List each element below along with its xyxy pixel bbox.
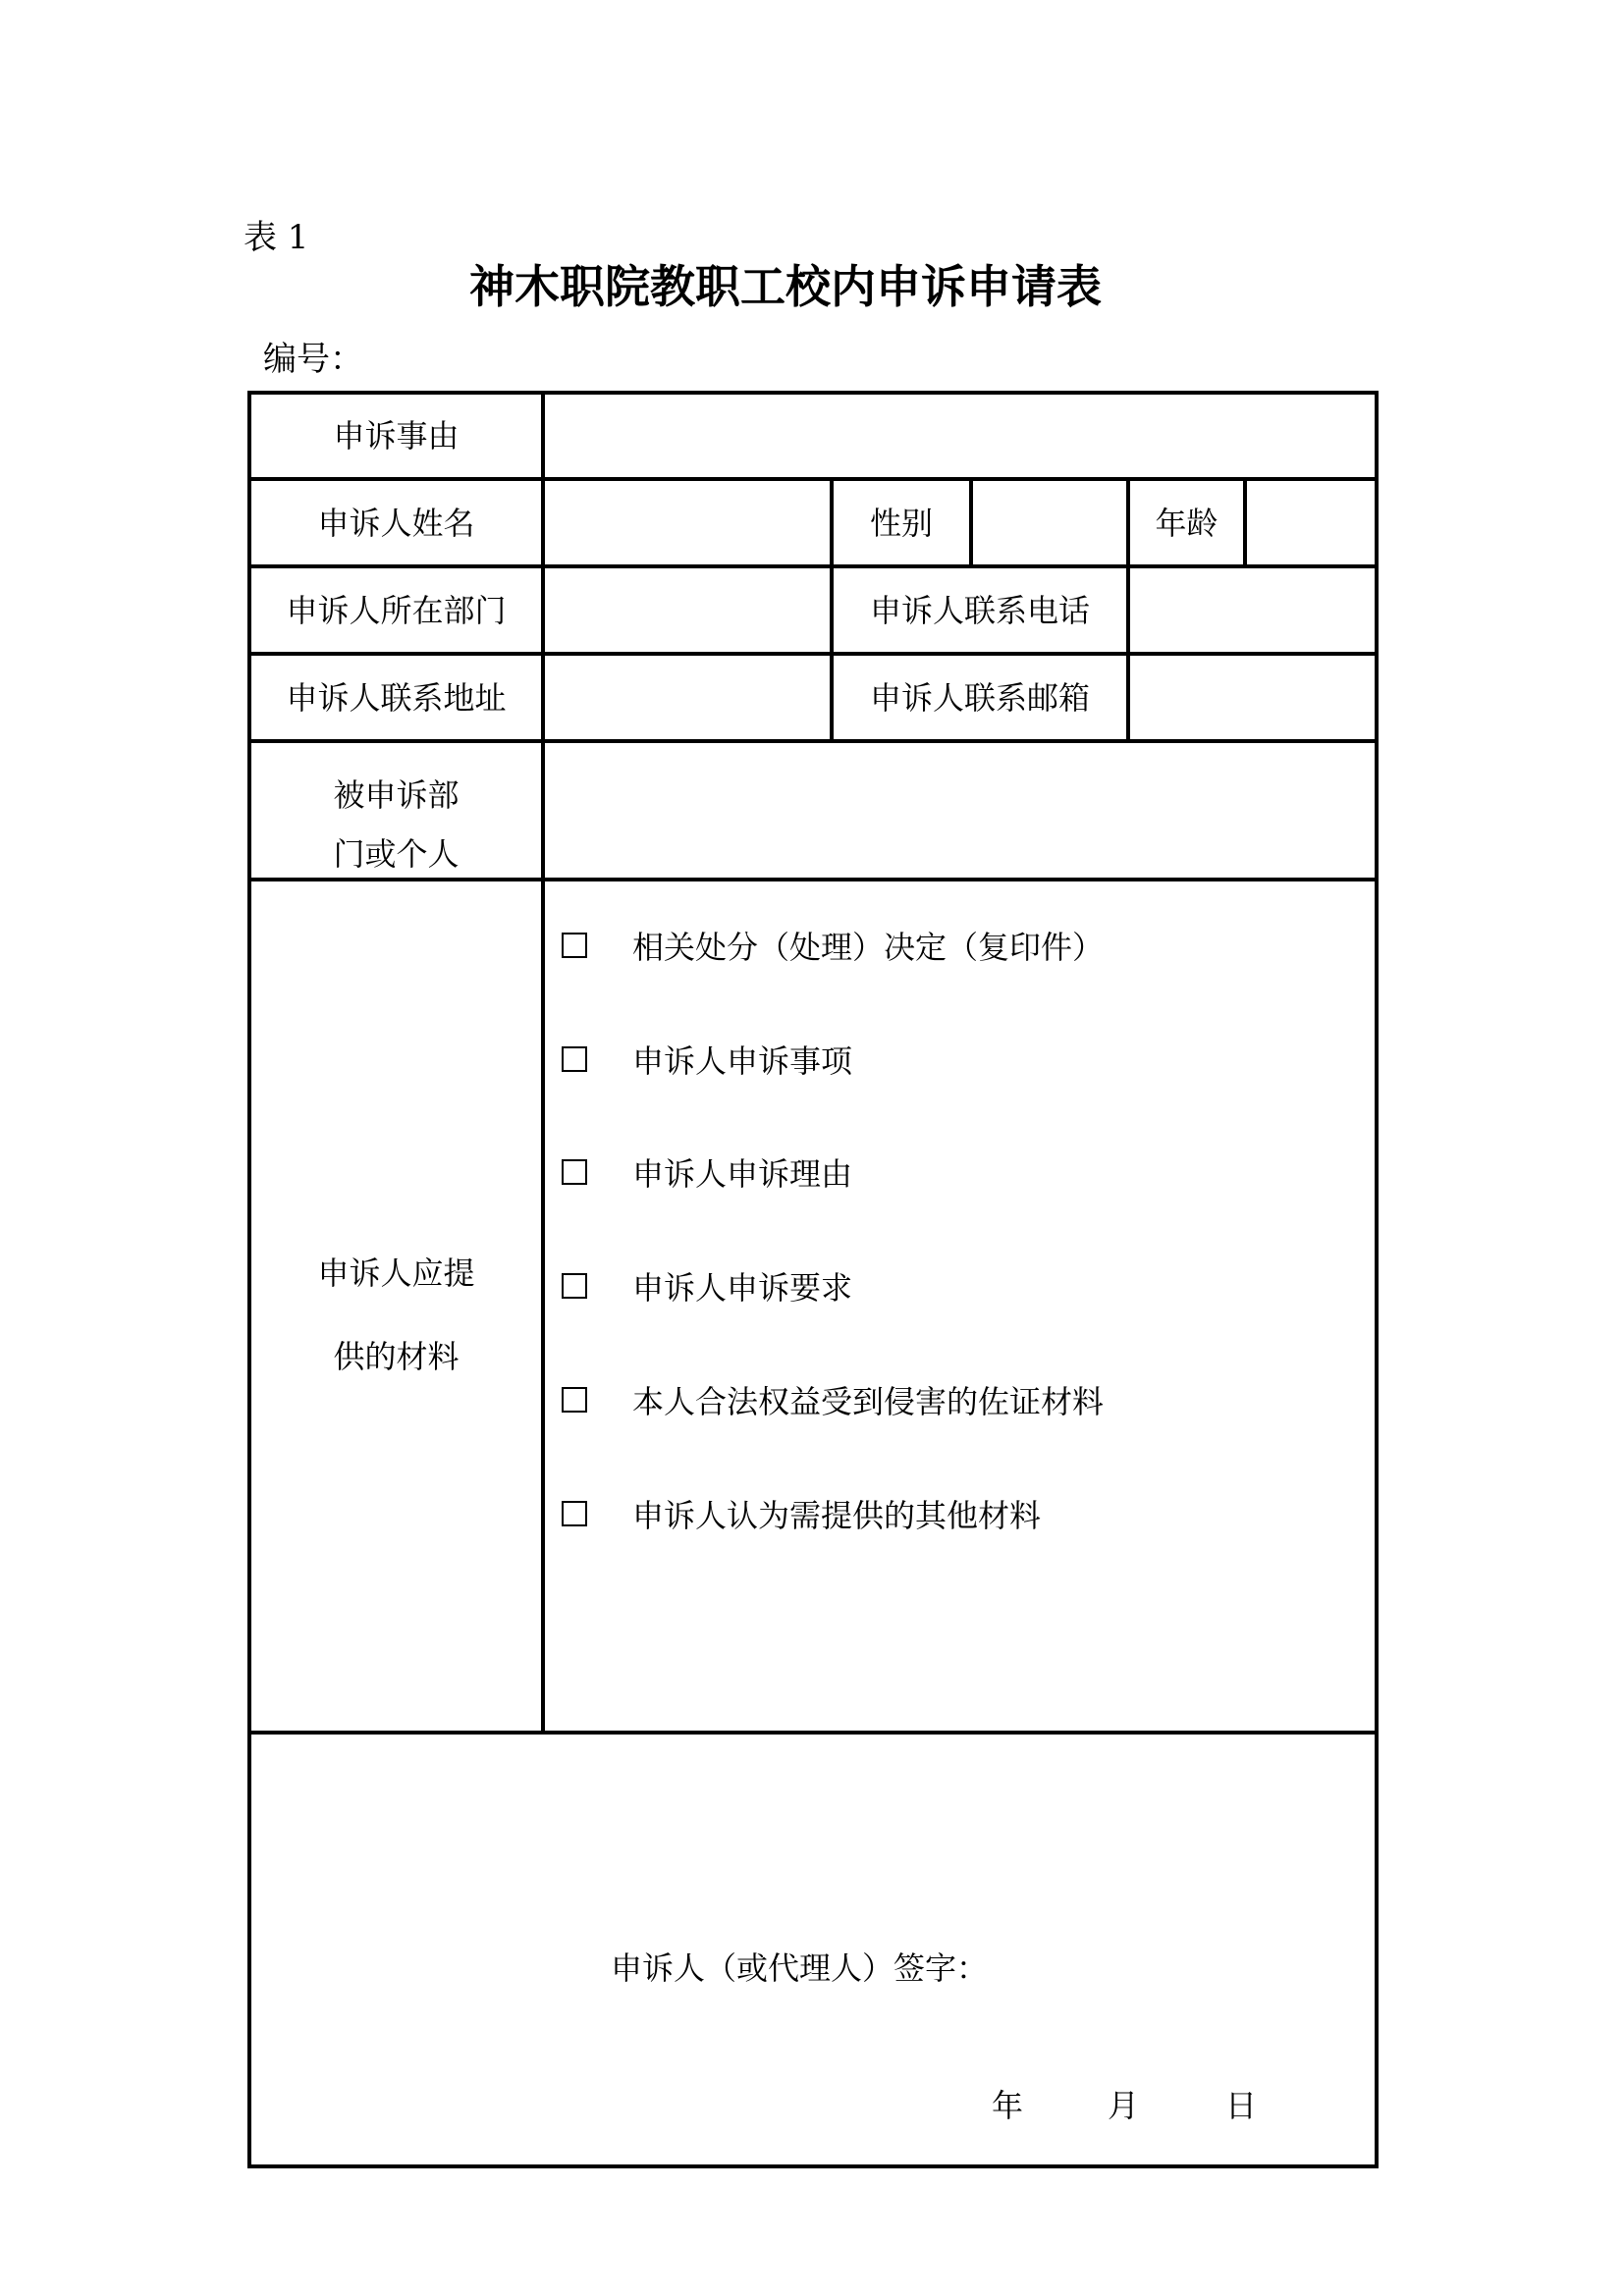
material-item-label: 相关处分（处理）决定（复印件） xyxy=(632,923,1104,968)
date-day-label: 日 xyxy=(1225,2081,1257,2126)
respondent-field[interactable] xyxy=(545,743,1375,878)
table-number: 表 1 xyxy=(244,210,308,258)
date-month-label: 月 xyxy=(1108,2081,1139,2126)
email-label: 申诉人联系邮箱 xyxy=(834,656,1126,739)
phone-label: 申诉人联系电话 xyxy=(834,568,1126,652)
checkbox-icon[interactable] xyxy=(562,1046,587,1072)
department-field[interactable] xyxy=(545,568,830,652)
material-item-label: 申诉人认为需提供的其他材料 xyxy=(632,1491,1041,1536)
table-border-right xyxy=(1375,391,1379,2168)
checkbox-icon[interactable] xyxy=(562,933,587,958)
material-item-label: 本人合法权益受到侵害的佐证材料 xyxy=(632,1377,1104,1422)
email-field[interactable] xyxy=(1130,656,1375,739)
checkbox-icon[interactable] xyxy=(562,1273,587,1299)
reason-label: 申诉事由 xyxy=(251,395,541,477)
row-divider xyxy=(247,878,1379,881)
page-title: 神木职院教职工校内申诉申请表 xyxy=(469,251,1102,316)
table-border-bottom xyxy=(247,2164,1379,2168)
material-item[interactable]: 申诉人认为需提供的其他材料 xyxy=(562,1491,1041,1536)
material-item-label: 申诉人申诉要求 xyxy=(632,1263,852,1308)
date-year-label: 年 xyxy=(992,2081,1023,2126)
materials-label-line2: 供的材料 xyxy=(251,1332,541,1377)
age-label: 年龄 xyxy=(1130,481,1243,564)
checkbox-icon[interactable] xyxy=(562,1387,587,1413)
material-item-label: 申诉人申诉理由 xyxy=(632,1149,852,1195)
gender-field[interactable] xyxy=(973,481,1126,564)
material-item[interactable]: 申诉人申诉理由 xyxy=(562,1149,852,1195)
material-item[interactable]: 申诉人申诉事项 xyxy=(562,1037,852,1082)
material-item[interactable]: 申诉人申诉要求 xyxy=(562,1263,852,1308)
materials-label-line1: 申诉人应提 xyxy=(251,1249,541,1294)
material-item-label: 申诉人申诉事项 xyxy=(632,1037,852,1082)
respondent-label-line1: 被申诉部 xyxy=(251,771,541,816)
reason-field[interactable] xyxy=(545,395,1375,477)
gender-label: 性别 xyxy=(834,481,969,564)
name-field[interactable] xyxy=(545,481,830,564)
serial-number-label: 编号： xyxy=(263,332,363,380)
signature-field[interactable] xyxy=(982,1929,1365,1988)
address-label: 申诉人联系地址 xyxy=(251,656,541,739)
material-item[interactable]: 本人合法权益受到侵害的佐证材料 xyxy=(562,1377,1104,1422)
row-divider xyxy=(247,1731,1379,1735)
material-item[interactable]: 相关处分（处理）决定（复印件） xyxy=(562,923,1104,968)
checkbox-icon[interactable] xyxy=(562,1501,587,1526)
name-label: 申诉人姓名 xyxy=(251,481,541,564)
department-label: 申诉人所在部门 xyxy=(251,568,541,652)
age-field[interactable] xyxy=(1247,481,1375,564)
address-field[interactable] xyxy=(545,656,830,739)
checkbox-icon[interactable] xyxy=(562,1159,587,1185)
phone-field[interactable] xyxy=(1130,568,1375,652)
signature-label: 申诉人（或代理人）签字： xyxy=(611,1944,988,1989)
respondent-label-line2: 门或个人 xyxy=(251,829,541,875)
